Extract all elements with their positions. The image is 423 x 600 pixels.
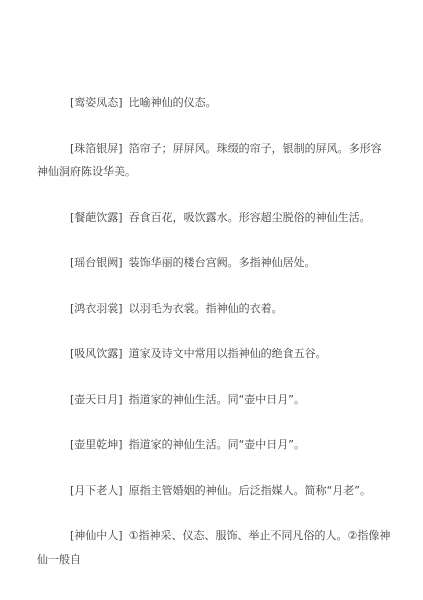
entry-definition: 指道家的神仙生活。同“壶中日月”。	[129, 393, 305, 406]
entry-term: [珠箔银屏]	[70, 142, 123, 155]
entry-term: [壶里乾坤]	[70, 438, 123, 451]
entry-term: [神仙中人]	[70, 529, 123, 542]
entry-term: [月下老人]	[70, 484, 123, 497]
entry-definition: 比喻神仙的仪态。	[129, 96, 217, 109]
entry-term: [鸾姿凤态]	[70, 96, 123, 109]
entry-definition: 以羽毛为衣裳。指神仙的衣着。	[129, 302, 283, 315]
dictionary-entry: [神仙中人]①指神采、仪态、服饰、举止不同凡俗的人。②指像神仙一般自	[37, 524, 392, 571]
entry-term: [餐葩饮露]	[70, 211, 123, 224]
dictionary-entry: [珠箔银屏]箔帘子；屏屏风。珠缀的帘子，银制的屏风。多形容神仙洞府陈设华美。	[37, 137, 392, 184]
entry-definition: 装饰华丽的楼台宫阙。多指神仙居处。	[129, 256, 316, 269]
entry-term: [壶天日月]	[70, 393, 123, 406]
entry-term: [瑶台银阙]	[70, 256, 123, 269]
dictionary-entry: [瑶台银阙]装饰华丽的楼台宫阙。多指神仙居处。	[37, 251, 392, 275]
entry-definition: 指道家的神仙生活。同“壶中日月”。	[129, 438, 305, 451]
dictionary-entry: [鸿衣羽裳]以羽毛为衣裳。指神仙的衣着。	[37, 297, 392, 321]
dictionary-entry: [鸾姿凤态]比喻神仙的仪态。	[37, 91, 392, 115]
entry-definition: 原指主管婚姻的神仙。后泛指媒人。简称“月老”。	[129, 484, 371, 497]
dictionary-entry: [吸风饮露]道家及诗文中常用以指神仙的绝食五谷。	[37, 342, 392, 366]
entry-term: [吸风饮露]	[70, 347, 123, 360]
entry-definition: 吞食百花，吸饮露水。形容超尘脱俗的神仙生活。	[129, 211, 371, 224]
glossary-text-block: [鸾姿凤态]比喻神仙的仪态。 [珠箔银屏]箔帘子；屏屏风。珠缀的帘子，银制的屏风…	[37, 91, 392, 593]
entry-term: [鸿衣羽裳]	[70, 302, 123, 315]
dictionary-entry: [壶天日月]指道家的神仙生活。同“壶中日月”。	[37, 388, 392, 412]
entry-definition: 道家及诗文中常用以指神仙的绝食五谷。	[129, 347, 327, 360]
dictionary-entry: [餐葩饮露]吞食百花，吸饮露水。形容超尘脱俗的神仙生活。	[37, 206, 392, 230]
document-page: [鸾姿凤态]比喻神仙的仪态。 [珠箔银屏]箔帘子；屏屏风。珠缀的帘子，银制的屏风…	[0, 0, 423, 600]
dictionary-entry: [壶里乾坤]指道家的神仙生活。同“壶中日月”。	[37, 433, 392, 457]
dictionary-entry: [月下老人]原指主管婚姻的神仙。后泛指媒人。简称“月老”。	[37, 479, 392, 503]
